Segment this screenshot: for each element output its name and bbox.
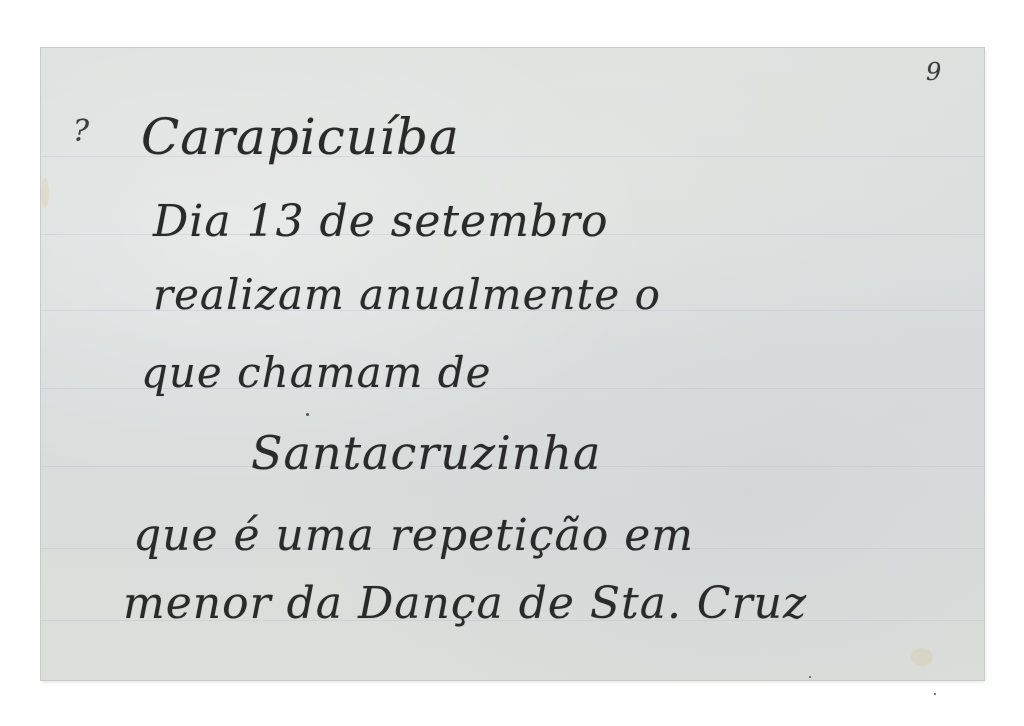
paper-speck: [934, 693, 936, 695]
handwritten-card: 9 ? Carapicuíba Dia 13 de setembro reali…: [41, 48, 984, 680]
line-festival-name: Santacruzinha: [251, 426, 601, 480]
paper-stain: [911, 648, 933, 666]
line-text: que é uma repetição em: [133, 510, 694, 561]
paper-stain: [41, 178, 49, 208]
paper-speck: [809, 676, 811, 678]
line-text: que chamam de: [141, 348, 492, 397]
line-place-name: Carapicuíba: [141, 108, 460, 166]
line-date: Dia 13 de setembro: [153, 196, 609, 247]
page-number: 9: [926, 58, 942, 86]
item-marker: ?: [73, 114, 90, 149]
paper-speck: [306, 413, 309, 416]
line-text: menor da Dança de Sta. Cruz: [123, 578, 807, 629]
line-text: realizam anualmente o: [153, 270, 661, 319]
